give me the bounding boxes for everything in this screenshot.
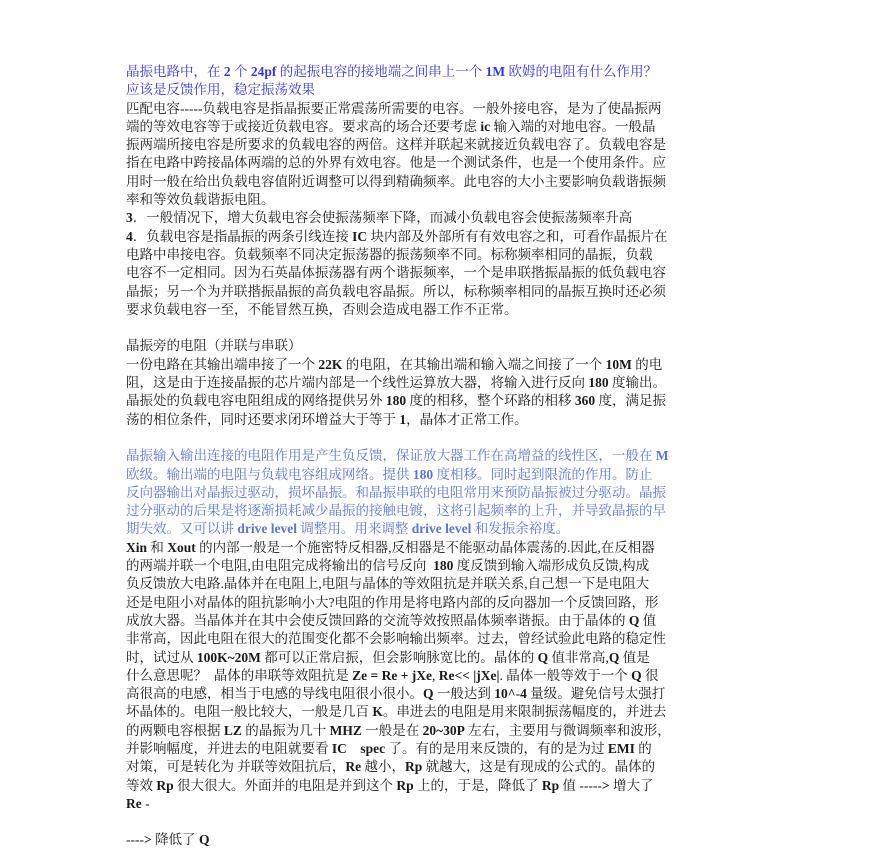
text-line: 4．负载电容是指晶振的两条引线连接 IC 块内部及外部所有有效电容之和，可看作晶… — [126, 228, 751, 246]
inverter-analysis-paragraph: Xin 和 Xout 的内部一般是一个施密特反相器,反相器是不能驱动晶体震荡的.… — [126, 539, 751, 813]
text-line: 负反馈放大电路.晶体并在电阻上,电阻与晶体的等效阻抗是并联关系,自己想一下是电阻… — [126, 575, 751, 593]
feedback-resistor-paragraph: 晶振输入输出连接的电阻作用是产生负反馈，保证放大器工作在高增益的线性区，一般在 … — [126, 447, 751, 538]
text-line: 并影响幅度，并进去的电阻就要看 IC spec 了。有的是用来反馈的，有的是为过… — [126, 740, 751, 758]
text-line: 反向器输出对晶振过驱动，损坏晶振。和晶振串联的电阻常用来预防晶振被过分驱动。晶振 — [126, 484, 751, 502]
resistor-section-paragraph: 晶振旁的电阻（并联与串联）一份电路在其输出端串接了一个 22K 的电阻，在其输出… — [126, 337, 751, 428]
text-line: 过分驱动的后果是将逐渐损耗减少晶振的接触电镀，这将引起频率的上升，并导致晶振的早 — [126, 502, 751, 520]
text-line: 的两颗电容根据 LZ 的晶振为几十 MHZ 一般是在 20~30P 左右，主要用… — [126, 722, 751, 740]
text-line: 阻，这是由于连接晶振的芯片端内部是一个线性运算放大器，将输入进行反向 180 度… — [126, 374, 751, 392]
text-line: 等效 Rp 很大很大。外面并的电阻是并到这个 Rp 上的，于是，降低了 Rp 值… — [126, 777, 751, 795]
text-line: 成放大器。当晶体并在其中会使反馈回路的交流等效按照晶体频率谐振。由于晶体的 Q … — [126, 612, 751, 630]
text-line: 应该是反馈作用，稳定振荡效果 — [126, 81, 751, 99]
text-line: ----> 降低了 Q — [126, 831, 751, 842]
text-line: 匹配电容-----负载电容是指晶振要正常震荡所需要的电容。一般外接电容，是为了使… — [126, 100, 751, 118]
text-line: 晶振处的负载电容电阻组成的网络提供另外 180 度的相移，整个环路的相移 360… — [126, 392, 751, 410]
text-line: Xin 和 Xout 的内部一般是一个施密特反相器,反相器是不能驱动晶体震荡的.… — [126, 539, 751, 557]
text-line: 率和等效负载谐振电阻。 — [126, 191, 751, 209]
text-line: 对策，可是转化为 并联等效阻抗后，Re 越小，Rp 就越大，这是有现成的公式的。… — [126, 758, 751, 776]
text-line: 指在电路中跨接晶体两端的总的外界有效电容。他是一个测试条件，也是一个使用条件。应 — [126, 154, 751, 172]
text-line: 坏晶体的。电阻一般比较大，一般是几百 K。串进去的电阻是用来限制振荡幅度的，并进… — [126, 703, 751, 721]
text-line: 电容不一定相同。因为石英晶体振荡器有两个谐振频率，一个是串联揩振晶振的低负载电容 — [126, 264, 751, 282]
text-line: 还是电阻小对晶体的阻抗影响小大?电阻的作用是将电路内部的反向器加一个反馈回路，形 — [126, 594, 751, 612]
document-page: 晶振电路中，在 2 个 24pf 的起振电容的接地端之间串上一个 1M 欧姆的电… — [126, 63, 751, 842]
text-line: Re - — [126, 795, 751, 813]
text-line: 晶振输入输出连接的电阻作用是产生负反馈，保证放大器工作在高增益的线性区，一般在 … — [126, 447, 751, 465]
text-line: 一份电路在其输出端串接了一个 22K 的电阻，在其输出端和输入端之间接了一个 1… — [126, 356, 751, 374]
text-line: 的两端并联一个电阻,由电阻完成将输出的信号反向 180 度反馈到输入端形成负反馈… — [126, 557, 751, 575]
text-line: 振两端所接电容是所要求的负载电容的两倍。这样并联起来就接近负载电容了。负载电容是 — [126, 136, 751, 154]
text-line: 什么意思呢？ 晶体的串联等效阻抗是 Ze = Re + jXe, Re<< |j… — [126, 667, 751, 685]
text-line: 晶振旁的电阻（并联与串联） — [126, 337, 751, 355]
text-line: 3．一般情况下，增大负载电容会使振荡频率下降，而减小负载电容会使振荡频率升高 — [126, 209, 751, 227]
load-capacitance-paragraph: 匹配电容-----负载电容是指晶振要正常震荡所需要的电容。一般外接电容，是为了使… — [126, 100, 751, 320]
text-line: 电路中串接电容。负载频率不同决定振荡器的振荡频率不同。标称频率相同的晶振，负载 — [126, 246, 751, 264]
text-line: 荡的相位条件，同时还要求闭环增益大于等于 1，晶体才正常工作。 — [126, 411, 751, 429]
text-line: 晶振电路中，在 2 个 24pf 的起振电容的接地端之间串上一个 1M 欧姆的电… — [126, 63, 751, 81]
text-line: 非常高，因此电阻在很大的范围变化都不会影响输出频率。过去，曾经试验此电路的稳定性 — [126, 630, 751, 648]
text-line: 期失效。又可以讲 drive level 调整用。用来调整 drive leve… — [126, 520, 751, 538]
question-title-paragraph: 晶振电路中，在 2 个 24pf 的起振电容的接地端之间串上一个 1M 欧姆的电… — [126, 63, 751, 100]
text-line: 用时一般在给出负载电容值附近调整可以得到精确频率。此电容的大小主要影响负载谐振频 — [126, 173, 751, 191]
text-line: 要求负载电容一至，不能冒然互换，否则会造成电器工作不正常。 — [126, 301, 751, 319]
text-line: 高很高的电感，相当于电感的导线电阻很小很小。Q 一般达到 10^-4 量级。避免… — [126, 685, 751, 703]
conclusion-paragraph: ----> 降低了 Q — [126, 831, 751, 842]
text-line: 端的等效电容等于或接近负载电容。要求高的场合还要考虑 ic 输入端的对地电容。一… — [126, 118, 751, 136]
text-line: 晶振；另一个为并联揩振晶振的高负载电容晶振。所以，标称频率相同的晶振互换时还必须 — [126, 283, 751, 301]
text-line: 欧级。输出端的电阻与负载电容组成网络。提供 180 度相移。同时起到限流的作用。… — [126, 466, 751, 484]
text-line: 时，试过从 100K~20M 都可以正常启振，但会影响脉宽比的。晶体的 Q 值非… — [126, 649, 751, 667]
